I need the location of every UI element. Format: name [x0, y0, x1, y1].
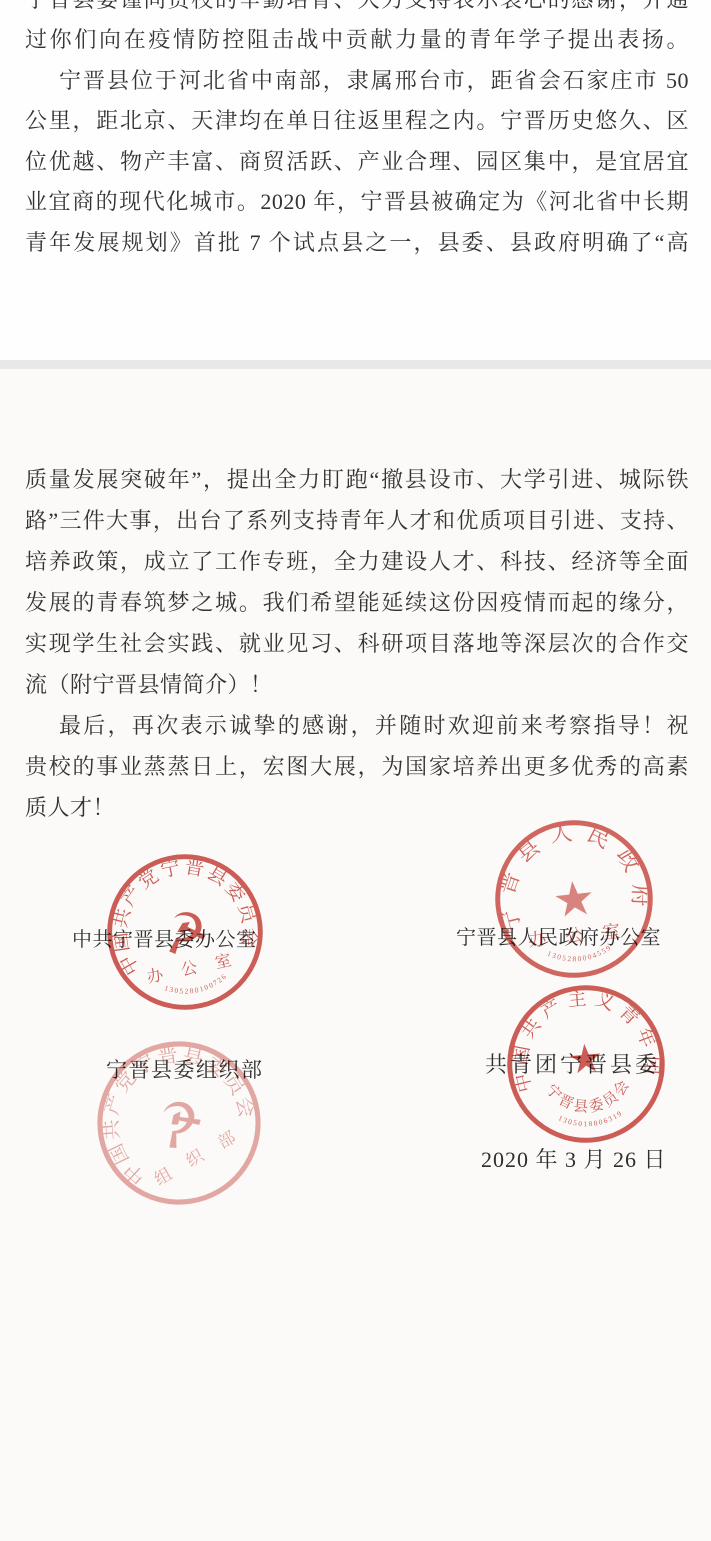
body-line: 业宜商的现代化城市。2020 年，宁晋县被确定为《河北省中长期: [25, 188, 689, 216]
scanned-official-letter: 宁晋县委谨向贵校的辛勤培育、大力支持表示衷心的感谢，并通 过你们向在疫情防控阻击…: [0, 0, 711, 1541]
signature-label-org-department: 宁晋县委组织部: [106, 1058, 264, 1082]
body-line: 流（附宁晋县情简介）！: [25, 671, 689, 699]
body-line: 质量发展突破年”，提出全力盯跑“撤县设市、大学引进、城际铁: [25, 466, 689, 494]
date-line: 2020 年 3 月 26 日: [481, 1143, 667, 1174]
body-line: 路”三件大事，出台了系列支持青年人才和优质项目引进、支持、: [25, 507, 689, 535]
body-line: 发展的青春筑梦之城。我们希望能延续这份因疫情而起的缘分，: [25, 589, 689, 617]
page-1: 宁晋县委谨向贵校的辛勤培育、大力支持表示衷心的感谢，并通 过你们向在疫情防控阻击…: [0, 0, 711, 360]
page-break-divider: [0, 360, 711, 369]
body-line: 公里，距北京、天津均在单日往返里程之内。宁晋历史悠久、区: [25, 107, 689, 135]
body-line: 宁晋县委谨向贵校的辛勤培育、大力支持表示衷心的感谢，并通: [25, 0, 689, 14]
body-line: 青年发展规划》首批 7 个试点县之一，县委、县政府明确了“高: [25, 229, 689, 257]
body-line: 质人才！: [25, 794, 689, 822]
body-line: 宁晋县位于河北省中南部，隶属邢台市，距省会石家庄市 50: [25, 67, 689, 95]
signature-label-county-party-office: 中共宁晋县委办公室: [72, 928, 257, 952]
signature-label-county-government-office: 宁晋县人民政府办公室: [456, 926, 661, 950]
page-2: 质量发展突破年”，提出全力盯跑“撤县设市、大学引进、城际铁 路”三件大事，出台了…: [0, 369, 711, 1541]
body-line: 位优越、物产丰富、商贸活跃、产业合理、园区集中，是宜居宜: [25, 148, 689, 176]
body-line: 过你们向在疫情防控阻击战中贡献力量的青年学子提出表扬。: [25, 26, 689, 54]
signature-label-youth-league: 共青团宁晋县委: [485, 1053, 660, 1077]
body-line: 贵校的事业蒸蒸日上，宏图大展，为国家培养出更多优秀的高素: [25, 753, 689, 781]
body-line: 最后，再次表示诚挚的感谢，并随时欢迎前来考察指导！祝: [25, 712, 689, 740]
body-line: 培养政策，成立了工作专班，全力建设人才、科技、经济等全面: [25, 548, 689, 576]
body-line: 实现学生社会实践、就业见习、科研项目落地等深层次的合作交: [25, 630, 689, 658]
